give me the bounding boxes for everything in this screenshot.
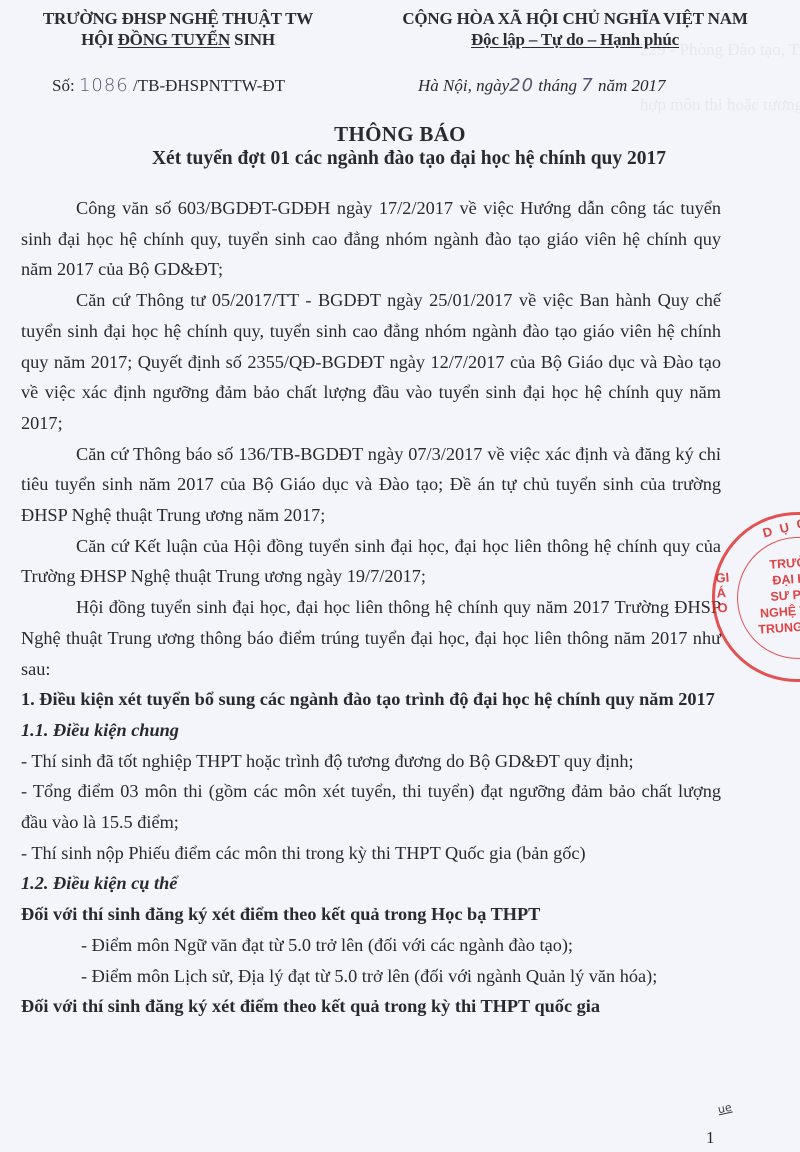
handwritten-number: 1086	[79, 75, 129, 96]
document-body: Công văn số 603/BGDĐT-GDĐH ngày 17/2/201…	[21, 193, 721, 1022]
subsection-heading: 1.1. Điều kiện chung	[21, 715, 721, 746]
document-number: Số: 1086 /TB-ĐHSPNTTW-ĐT	[52, 75, 285, 96]
list-item: - Thí sinh nộp Phiếu điểm các môn thi tr…	[21, 838, 721, 869]
bleed-through-text: hợp môn thi hoặc tương đương	[640, 95, 800, 115]
paragraph: Căn cứ Thông tư 05/2017/TT - BGDĐT ngày …	[21, 285, 721, 439]
paragraph: Công văn số 603/BGDĐT-GDĐH ngày 17/2/201…	[21, 193, 721, 285]
list-item: - Thí sinh đã tốt nghiệp THPT hoặc trình…	[21, 746, 721, 777]
issuer-block: TRƯỜNG ĐHSP NGHỆ THUẬT TW HỘI ĐỒNG TUYỂN…	[28, 8, 328, 50]
page-number: 1	[706, 1128, 715, 1148]
handwritten-initials: ue	[717, 1103, 733, 1116]
issuer-school-name: TRƯỜNG ĐHSP NGHỆ THUẬT TW	[28, 8, 328, 29]
national-motto: Độc lập – Tự do – Hạnh phúc	[370, 29, 780, 50]
seal-center-text: TRƯỜNG ĐẠI HỌC SƯ PHẠM NGHỆ THUẬT TRUNG …	[752, 552, 800, 638]
group-heading: Đối với thí sinh đăng ký xét điểm theo k…	[21, 899, 721, 930]
list-item: - Tổng điểm 03 môn thi (gồm các môn xét …	[21, 776, 721, 837]
paragraph: Căn cứ Kết luận của Hội đồng tuyển sinh …	[21, 531, 721, 592]
subsection-heading: 1.2. Điều kiện cụ thể	[21, 868, 721, 899]
paragraph: Hội đồng tuyển sinh đại học, đại học liê…	[21, 592, 721, 684]
list-item: - Điểm môn Ngữ văn đạt từ 5.0 trở lên (đ…	[21, 930, 721, 961]
section-heading: 1. Điều kiện xét tuyển bổ sung các ngành…	[21, 684, 721, 715]
handwritten-month: 7	[581, 75, 593, 96]
document-page: 229 - Phòng Đào tạo, Trường ĐHSP hợp môn…	[0, 0, 800, 1152]
country-name: CỘNG HÒA XÃ HỘI CHỦ NGHĨA VIỆT NAM	[370, 8, 780, 29]
document-date: Hà Nội, ngày20 tháng 7 năm 2017	[418, 75, 666, 96]
group-heading: Đối với thí sinh đăng ký xét điểm theo k…	[21, 991, 721, 1022]
document-subtitle: Xét tuyển đợt 01 các ngành đào tạo đại h…	[0, 148, 800, 170]
handwritten-day: 20	[509, 75, 534, 96]
document-title: THÔNG BÁO	[0, 122, 800, 147]
issuer-council-name: HỘI ĐỒNG TUYỂN SINH	[28, 29, 328, 50]
seal-ring-text-left: GIÁO	[715, 570, 732, 616]
paragraph: Căn cứ Thông báo số 136/TB-BGDĐT ngày 07…	[21, 439, 721, 531]
list-item: - Điểm môn Lịch sử, Địa lý đạt từ 5.0 tr…	[21, 961, 721, 992]
national-motto-block: CỘNG HÒA XÃ HỘI CHỦ NGHĨA VIỆT NAM Độc l…	[370, 8, 780, 50]
